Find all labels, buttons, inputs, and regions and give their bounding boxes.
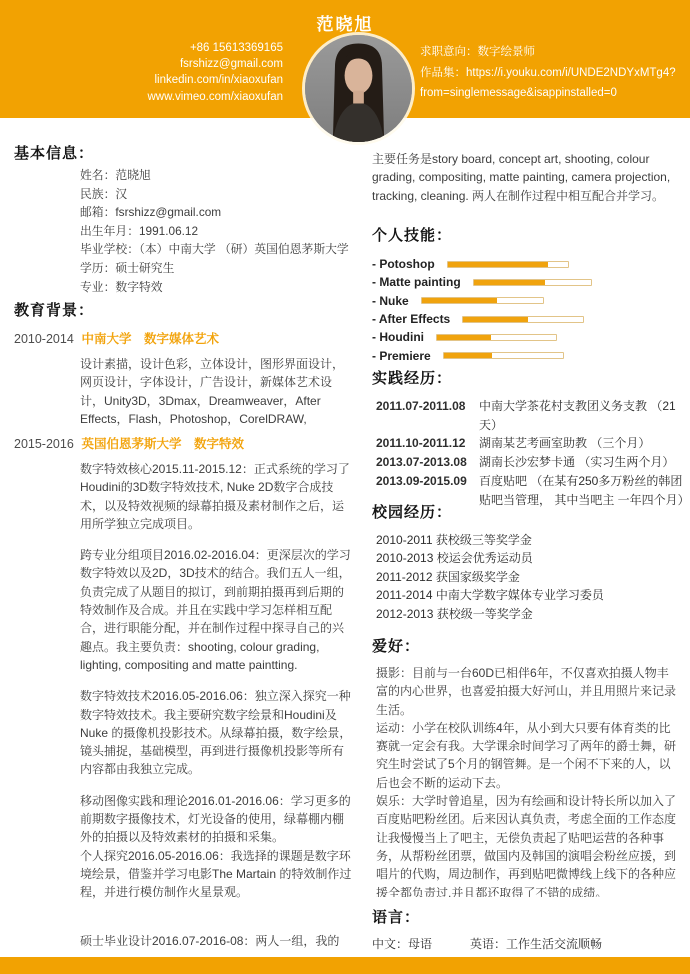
- education-entry-undergrad: 2010-2014 中南大学 数字媒体艺术 设计素描，设计色彩，立体设计，图形界…: [14, 330, 354, 441]
- language-chinese: 中文：母语: [372, 935, 432, 952]
- job-intent-block: 求职意向：数字绘景师 作品集：https://i.youku.com/i/UND…: [420, 42, 682, 103]
- education-school: 英国伯恩茅斯大学 数字特效: [81, 437, 244, 451]
- practice-desc: 湖南长沙宏梦卡通 （实习生两个月）: [479, 453, 684, 472]
- practice-item: 2011.07-2011.08 中南大学茶花村支教团义务支教 （21天）: [376, 397, 684, 434]
- phone-number: +86 15613369165: [40, 40, 283, 56]
- language-title: 语言：: [372, 906, 678, 927]
- skill-label: - Houdini: [372, 330, 424, 344]
- practice-list: 2011.07-2011.08 中南大学茶花村支教团义务支教 （21天） 201…: [376, 397, 684, 509]
- campus-item: 2010-2011 获校级三等奖学金: [376, 531, 678, 549]
- section-skills: 个人技能： - Potoshop - Matte painting - Nuke…: [372, 224, 678, 365]
- skill-row-premiere: - Premiere: [372, 346, 678, 364]
- portfolio-link-line1[interactable]: 作品集：https://i.youku.com/i/UNDE2NDYxMTg4?: [420, 63, 682, 83]
- skills-list: - Potoshop - Matte painting - Nuke - Aft…: [372, 255, 678, 365]
- education-paragraph: 跨专业分组项目2016.02-2016.04：更深层次的学习数字特效以及2D，3…: [80, 546, 354, 674]
- hobby-photography: 摄影：目前与一台60D已相伴6年，不仅喜欢拍摄人物丰富的内心世界，也喜爱拍摄大好…: [376, 664, 678, 719]
- campus-list: 2010-2011 获校级三等奖学金 2010-2013 校运会优秀运动员 20…: [376, 531, 678, 623]
- portrait-photo: [305, 35, 412, 142]
- hobby-entertainment: 娱乐：大学时曾追星，因为有绘画和设计特长所以加入了百度贴吧粉丝团。后来因认真负责…: [376, 792, 678, 897]
- section-practice: 实践经历： 2011.07-2011.08 中南大学茶花村支教团义务支教 （21…: [372, 367, 684, 509]
- skill-row-nuke: - Nuke: [372, 292, 678, 310]
- info-row-ethnicity: 民族：汉: [80, 185, 354, 204]
- skill-row-houdini: - Houdini: [372, 328, 678, 346]
- practice-period: 2011.07-2011.08: [376, 397, 479, 434]
- skill-label: - Nuke: [372, 294, 409, 308]
- education-paragraph: 个人探究2016.05-2016.06：我选择的课题是数字环境绘景，借鉴并学习电…: [80, 847, 354, 902]
- section-basic-info: 基本信息： 姓名：范晓旭 民族：汉 邮箱：fsrshizz@gmail.com …: [14, 142, 354, 296]
- campus-item: 2011-2012 获国家级奖学金: [376, 568, 678, 586]
- education-courses: 设计素描，设计色彩，立体设计，图形界面设计，网页设计，字体设计，广告设计，新媒体…: [80, 355, 354, 428]
- education-title: 教育背景：: [14, 299, 94, 320]
- skill-bar: [436, 334, 557, 341]
- practice-item: 2013.07-2013.08 湖南长沙宏梦卡通 （实习生两个月）: [376, 453, 684, 472]
- skill-bar: [462, 316, 584, 323]
- education-period: 2010-2014: [14, 330, 78, 348]
- skill-bar-fill: [422, 298, 497, 303]
- campus-item: 2010-2013 校运会优秀运动员: [376, 549, 678, 567]
- campus-item: 2012-2013 获校级一等奖学金: [376, 605, 678, 623]
- skill-bar: [443, 352, 564, 359]
- skill-row-after-effects: - After Effects: [372, 310, 678, 328]
- footer-band: [0, 957, 690, 974]
- skills-title: 个人技能：: [372, 224, 678, 245]
- hobbies-title: 爱好：: [372, 635, 678, 656]
- campus-title: 校园经历：: [372, 501, 678, 522]
- language-english: 英语：工作生活交流顺畅: [470, 935, 602, 952]
- education-entry-head: 2015-2016 英国伯恩茅斯大学 数字特效: [14, 435, 354, 453]
- info-row-degree: 学历：硕士研究生: [80, 259, 354, 278]
- skill-row-potoshop: - Potoshop: [372, 255, 678, 273]
- education-detail: 设计素描，设计色彩，立体设计，图形界面设计，网页设计，字体设计，广告设计，新媒体…: [80, 355, 354, 428]
- education-entry-head: 2010-2014 中南大学 数字媒体艺术: [14, 330, 354, 348]
- contact-block: +86 15613369165 fsrshizz@gmail.com linke…: [40, 40, 283, 105]
- basic-info-rows: 姓名：范晓旭 民族：汉 邮箱：fsrshizz@gmail.com 出生年月：1…: [80, 166, 354, 296]
- education-thesis-line: 硕士毕业设计2016.07-2016-08：两人一组，我的: [80, 932, 356, 950]
- section-language: 语言： 中文：母语 英语：工作生活交流顺畅: [372, 906, 678, 952]
- thesis-continuation-paragraph: 主要任务是story board, concept art, shooting,…: [372, 150, 678, 205]
- skill-bar: [473, 279, 592, 286]
- practice-period: 2013.07-2013.08: [376, 453, 479, 472]
- skill-bar: [447, 261, 569, 268]
- education-detail: 数字特效核心2015.11-2015.12：正式系统的学习了Houdini的3D…: [80, 460, 354, 902]
- info-row-major: 专业：数字特效: [80, 278, 354, 297]
- hobby-sports: 运动：小学在校队训练4年，从小到大只要有体育类的比赛就一定会有我。大学课余时间学…: [376, 719, 678, 792]
- campus-item: 2011-2014 中南大学数字媒体专业学习委员: [376, 586, 678, 604]
- job-intention: 求职意向：数字绘景师: [420, 42, 682, 63]
- page-title: 范晓旭: [0, 10, 690, 35]
- skill-label: - After Effects: [372, 312, 450, 326]
- portfolio-link-line2[interactable]: from=singlemessage&isappinstalled=0: [420, 83, 682, 103]
- education-paragraph: 移动图像实践和理论2016.01-2016.06：学习更多的前期数字摄像技术，灯…: [80, 792, 354, 847]
- practice-period: 2011.10-2011.12: [376, 434, 479, 453]
- vimeo-link[interactable]: www.vimeo.com/xiaoxufan: [40, 89, 283, 105]
- practice-title: 实践经历：: [372, 367, 684, 388]
- skill-bar: [421, 297, 544, 304]
- skill-row-matte-painting: - Matte painting: [372, 273, 678, 291]
- info-row-name: 姓名：范晓旭: [80, 166, 354, 185]
- linkedin-link[interactable]: linkedin.com/in/xiaoxufan: [40, 72, 283, 88]
- skill-bar-fill: [474, 280, 545, 285]
- skill-label: - Premiere: [372, 349, 431, 363]
- info-row-birthdate: 出生年月：1991.06.12: [80, 222, 354, 241]
- education-paragraph: 数字特效技术2016.05-2016.06：独立深入探究一种数字特效技术。我主要…: [80, 687, 354, 778]
- skill-bar-fill: [463, 317, 528, 322]
- skill-bar-fill: [437, 335, 491, 340]
- education-school: 中南大学 数字媒体艺术: [81, 332, 219, 346]
- email-link[interactable]: fsrshizz@gmail.com: [40, 56, 283, 72]
- info-row-email: 邮箱：fsrshizz@gmail.com: [80, 203, 354, 222]
- info-row-schools: 毕业学校：（本）中南大学 （研）英国伯恩茅斯大学: [80, 240, 354, 259]
- practice-item: 2011.10-2011.12 湖南某艺考画室助教 （三个月）: [376, 434, 684, 453]
- language-row: 中文：母语 英语：工作生活交流顺畅: [372, 935, 678, 952]
- section-hobbies: 爱好： 摄影：目前与一台60D已相伴6年，不仅喜欢拍摄人物丰富的内心世界，也喜爱…: [372, 635, 678, 897]
- portrait-photo-illustration: [305, 35, 412, 142]
- hobbies-paragraphs: 摄影：目前与一台60D已相伴6年，不仅喜欢拍摄人物丰富的内心世界，也喜爱拍摄大好…: [376, 664, 678, 897]
- education-entry-masters: 2015-2016 英国伯恩茅斯大学 数字特效 数字特效核心2015.11-20…: [14, 435, 354, 925]
- skill-bar-fill: [444, 353, 493, 358]
- skill-bar-fill: [448, 262, 549, 267]
- basic-info-title: 基本信息：: [14, 142, 354, 163]
- practice-desc: 中南大学茶花村支教团义务支教 （21天）: [479, 397, 684, 434]
- practice-desc: 湖南某艺考画室助教 （三个月）: [479, 434, 684, 453]
- skill-label: - Matte painting: [372, 275, 461, 289]
- education-period: 2015-2016: [14, 435, 78, 453]
- section-campus: 校园经历： 2010-2011 获校级三等奖学金 2010-2013 校运会优秀…: [372, 501, 678, 623]
- skill-label: - Potoshop: [372, 257, 435, 271]
- education-paragraph: 数字特效核心2015.11-2015.12：正式系统的学习了Houdini的3D…: [80, 460, 354, 533]
